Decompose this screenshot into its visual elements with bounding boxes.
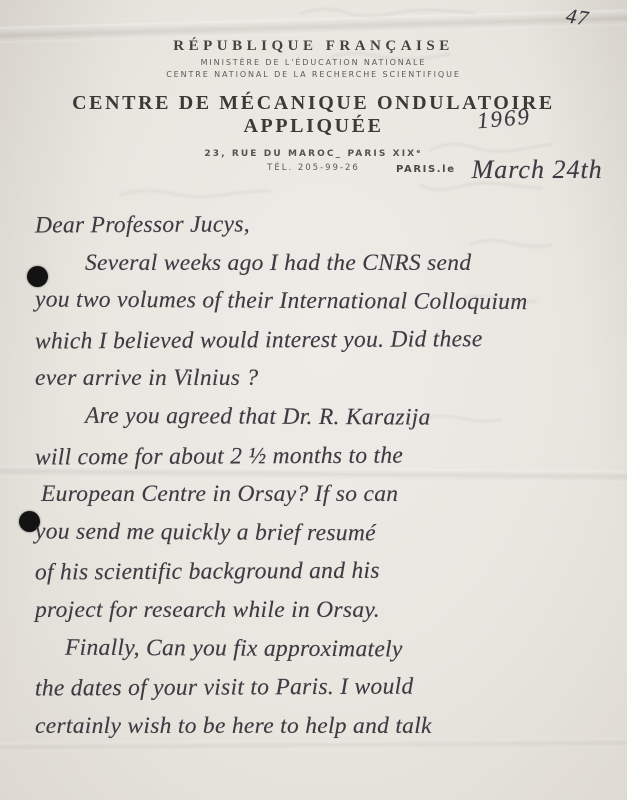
republique-francaise-line: RÉPUBLIQUE FRANÇAISE bbox=[0, 38, 627, 55]
handwritten-line-text: project for research while in Orsay. bbox=[35, 597, 380, 623]
handwritten-line: ever arrive in Vilnius ? bbox=[35, 365, 610, 404]
handwritten-line-text: will come for about 2 ½ months to the bbox=[35, 442, 403, 470]
handwritten-year: 1969 bbox=[476, 104, 532, 135]
handwritten-line-text: Dear Professor Jucys, bbox=[35, 211, 250, 238]
handwritten-line: Several weeks ago I had the CNRS send bbox=[35, 250, 610, 289]
scanned-letter-page: 47 RÉPUBLIQUE FRANÇAISE MINISTÈRE DE L'É… bbox=[0, 0, 627, 800]
handwritten-line: of his scientific background and his bbox=[35, 557, 610, 599]
handwritten-line-text: certainly wish to be here to help and ta… bbox=[35, 713, 432, 739]
handwritten-line: certainly wish to be here to help and ta… bbox=[35, 713, 610, 752]
handwritten-line-text: the dates of your visit to Paris. I woul… bbox=[35, 674, 414, 702]
letter-body: Dear Professor Jucys, Several weeks ago … bbox=[35, 211, 610, 751]
letterhead: RÉPUBLIQUE FRANÇAISE MINISTÈRE DE L'ÉDUC… bbox=[0, 38, 627, 173]
handwritten-line-text: of his scientific background and his bbox=[35, 558, 380, 586]
handwritten-line: which I believed would interest you. Did… bbox=[35, 325, 610, 367]
ministry-line: MINISTÈRE DE L'ÉDUCATION NATIONALE bbox=[0, 58, 627, 67]
handwritten-line-text: you two volumes of their International C… bbox=[35, 287, 528, 316]
handwritten-line: will come for about 2 ½ months to the bbox=[35, 441, 610, 483]
handwritten-line: European Centre in Orsay? If so can bbox=[35, 481, 610, 520]
page-number-annotation: 47 bbox=[564, 3, 591, 31]
handwritten-line: Finally, Can you fix approximately bbox=[35, 634, 610, 676]
handwritten-line: Are you agreed that Dr. R. Karazija bbox=[35, 402, 610, 444]
handwritten-line-text: Several weeks ago I had the CNRS send bbox=[85, 250, 471, 276]
cnrs-line: CENTRE NATIONAL DE LA RECHERCHE SCIENTIF… bbox=[0, 70, 627, 79]
handwritten-line-text: Are you agreed that Dr. R. Karazija bbox=[85, 403, 431, 431]
handwritten-line-text: ever arrive in Vilnius ? bbox=[35, 365, 258, 391]
handwritten-line: you send me quickly a brief resumé bbox=[35, 518, 610, 560]
organization-name: CENTRE DE MÉCANIQUE ONDULATOIRE APPLIQUÉ… bbox=[0, 92, 627, 138]
handwritten-line: you two volumes of their International C… bbox=[35, 287, 610, 329]
handwritten-line: the dates of your visit to Paris. I woul… bbox=[35, 673, 610, 715]
handwritten-line-text: Finally, Can you fix approximately bbox=[65, 634, 403, 662]
handwritten-line-text: European Centre in Orsay? If so can bbox=[41, 481, 398, 507]
handwritten-line: Dear Professor Jucys, bbox=[35, 209, 610, 251]
handwritten-line: project for research while in Orsay. bbox=[35, 597, 610, 636]
place-date-label: PARIS.le bbox=[396, 164, 456, 175]
handwritten-line-text: which I believed would interest you. Did… bbox=[35, 326, 483, 354]
handwritten-line-text: you send me quickly a brief resumé bbox=[35, 518, 376, 546]
handwritten-date: March 24th bbox=[472, 155, 603, 184]
date-line: PARIS.le March 24th bbox=[396, 155, 603, 185]
